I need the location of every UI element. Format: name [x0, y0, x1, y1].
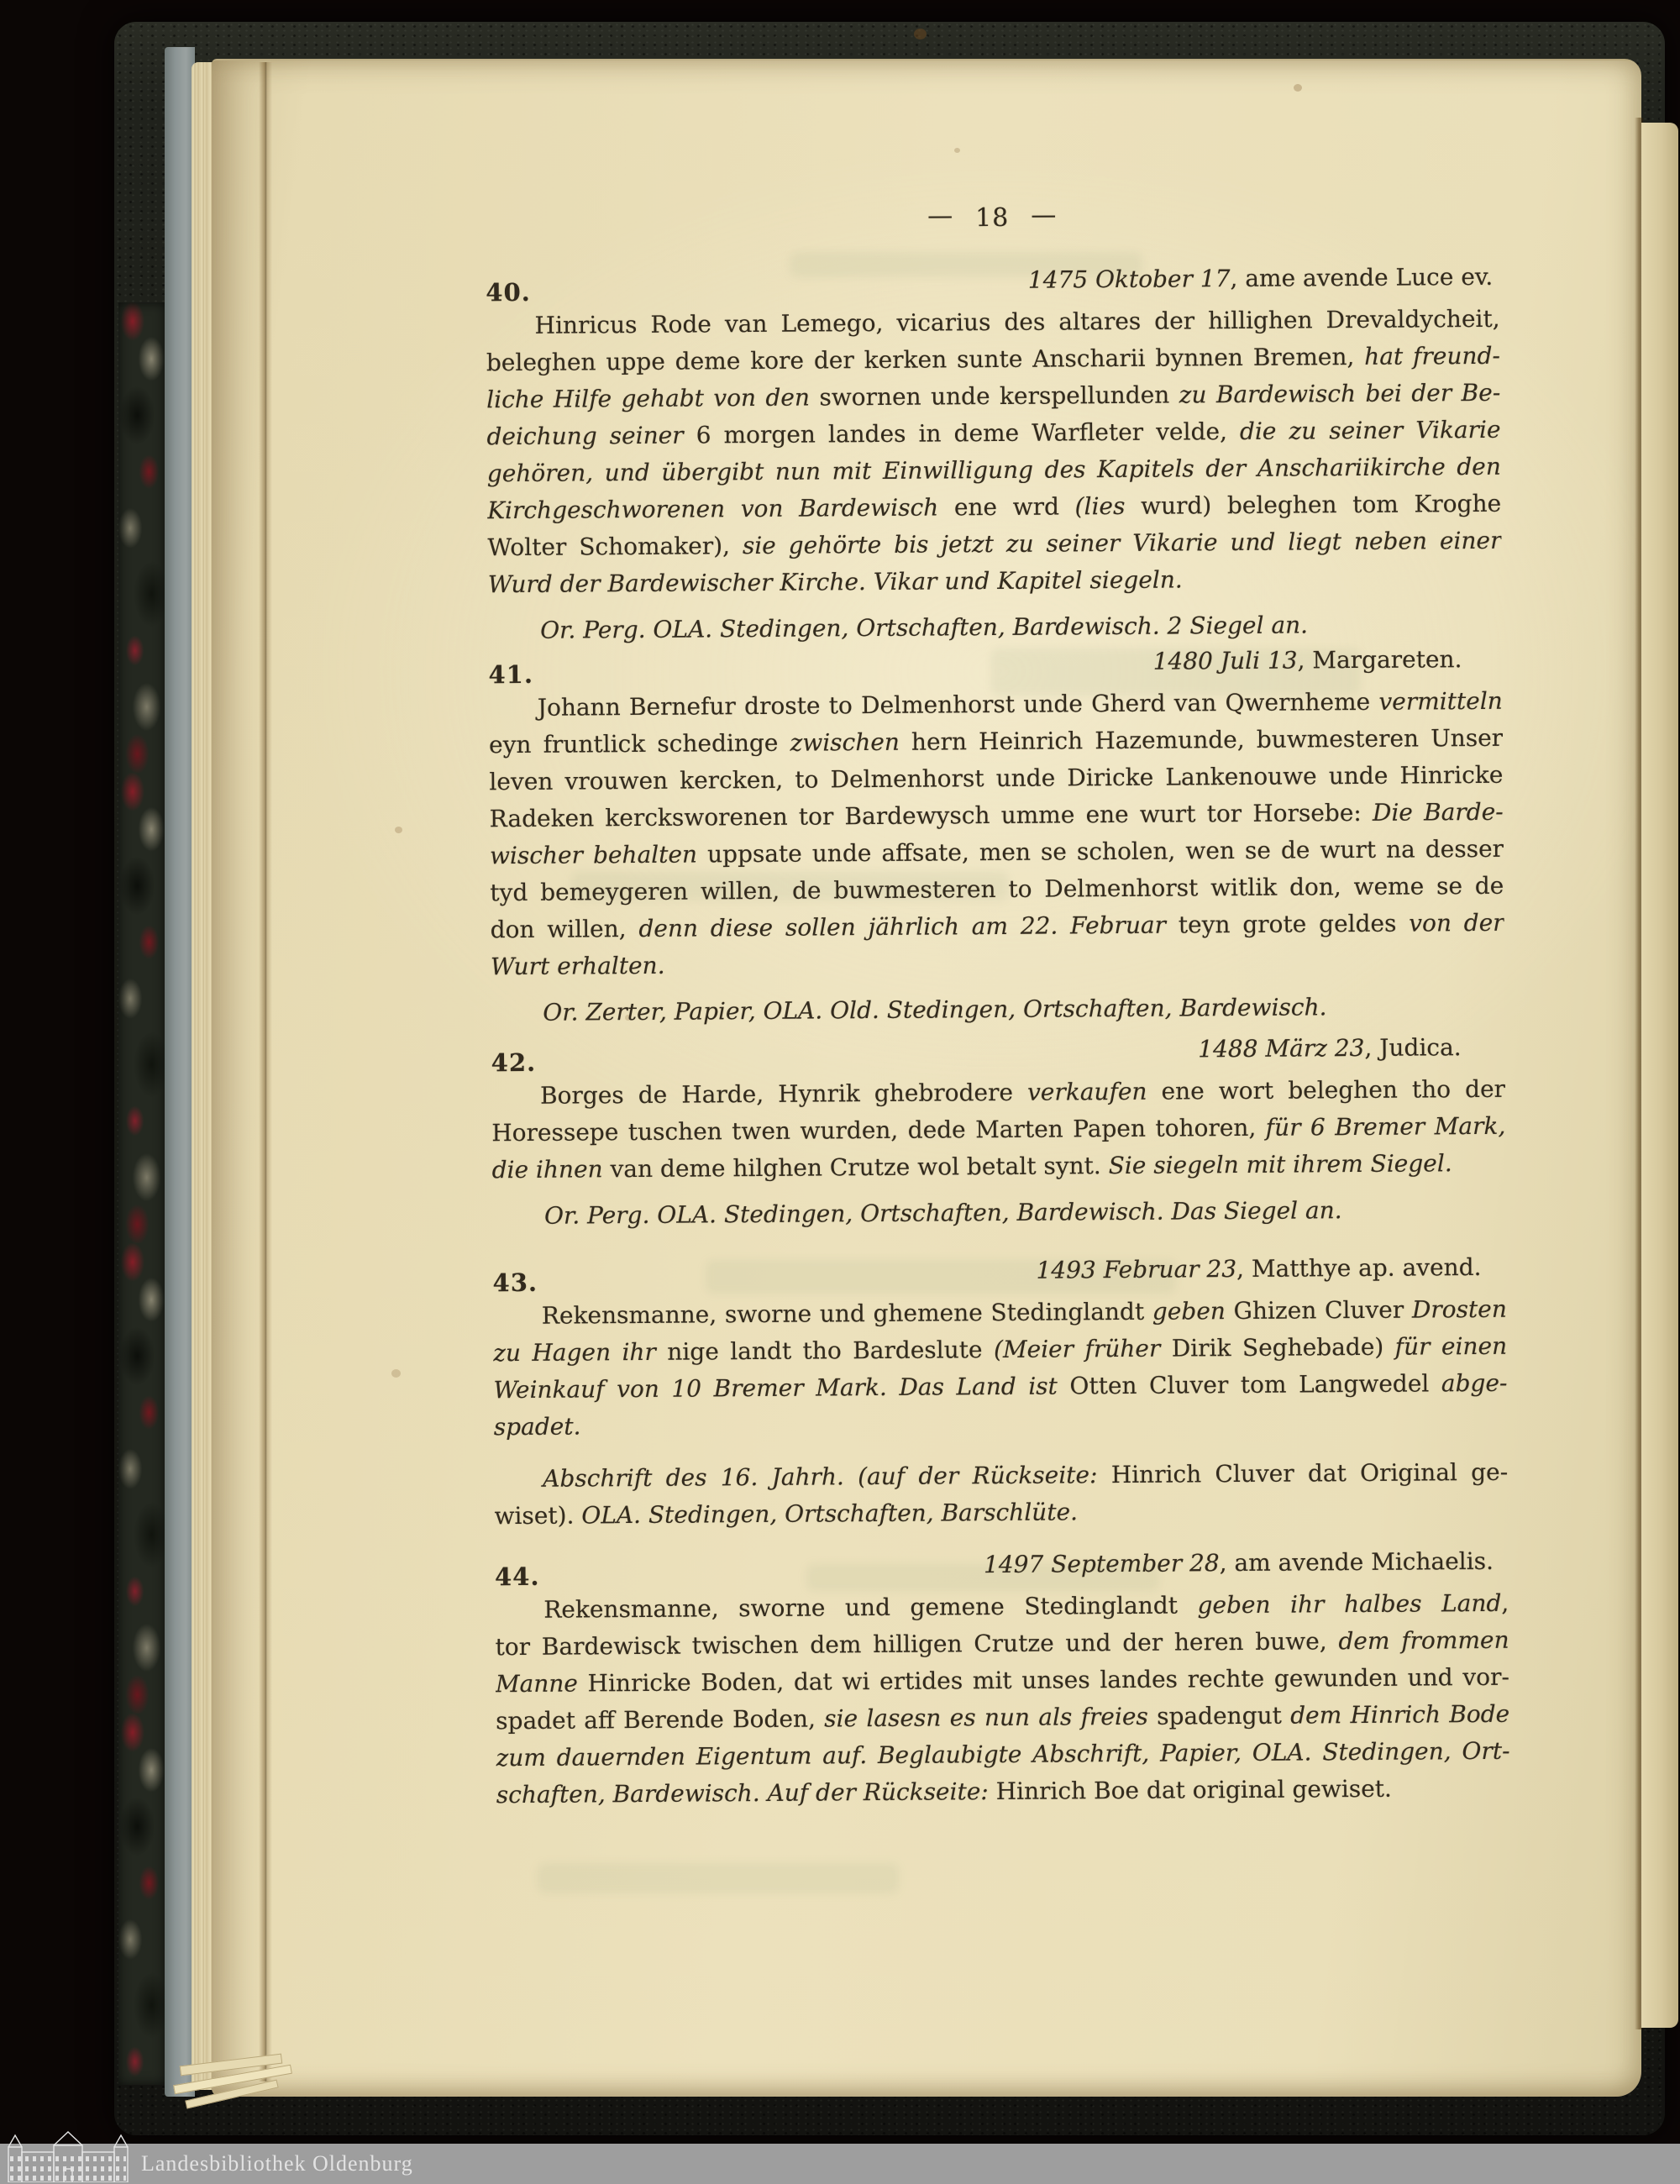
editorial-italic-text: liche Hilfe gehabt von den	[486, 383, 819, 413]
editorial-italic-text: 1497 September 28	[984, 1549, 1220, 1578]
source-roman-text: , Margareten.	[1297, 645, 1462, 674]
text-line: die ihnen van deme hilghen Crutze wol be…	[491, 1145, 1505, 1189]
source-roman-text: , ame avende Luce ev.	[1230, 263, 1493, 292]
text-line: Wolter Schomaker), sie gehörte bis jetzt…	[487, 522, 1501, 566]
entry-date: 1475 Oktober 17, ame avende Luce ev.	[1028, 259, 1494, 299]
entry-number: 43.	[492, 1268, 538, 1297]
editorial-italic-text: die ihnen	[492, 1155, 611, 1184]
regest-entry-40: 40.1475 Oktober 17, ame avende Luce ev.H…	[486, 259, 1502, 649]
paper-stain	[395, 827, 402, 833]
entry-number: 42.	[491, 1048, 537, 1077]
flyleaf-edge	[165, 47, 195, 2097]
source-roman-text: eyn fruntlick schedinge	[489, 729, 790, 759]
source-roman-text: uppsate unde affsate, men se scholen, we…	[707, 835, 1504, 869]
source-roman-text: Horessepe tuschen twen wurden, dede Mart…	[491, 1114, 1266, 1147]
editorial-italic-text: Or. Zerter, Papier, OLA. Old. Stedingen,…	[543, 993, 1326, 1026]
source-roman-text: wurd) beleghen tom Kroghe	[1141, 490, 1501, 520]
source-roman-text: ene wort beleghen tho der	[1161, 1075, 1505, 1105]
marbled-endpaper-edge	[118, 302, 165, 2085]
editorial-italic-text: denn diese sollen jährlich am 22. Februa…	[638, 911, 1179, 942]
editorial-italic-text: abge-	[1441, 1369, 1508, 1398]
library-building-icon	[5, 2129, 131, 2182]
editorial-italic-text: Weinkauf von 10 Bremer Mark. Das Land is…	[493, 1372, 1069, 1404]
source-roman-text: , Matthye ap. avend.	[1236, 1253, 1482, 1283]
source-roman-text: Dirik Seghebade)	[1172, 1333, 1395, 1362]
regest-entry-44: 44.1497 September 28, am avende Michaeli…	[495, 1543, 1510, 1814]
editorial-italic-text: 1480 Juli 13	[1153, 647, 1298, 675]
editorial-italic-text: Abschrift des 16. Jahrh. (auf der Rückse…	[543, 1461, 1111, 1493]
editorial-italic-text: für 6 Bremer Mark,	[1266, 1112, 1506, 1142]
source-roman-text: Hinricus Rode van Lemego, vicarius des a…	[534, 305, 1499, 339]
editorial-italic-text: hat freund-	[1364, 342, 1500, 370]
page-number: 18	[975, 203, 1009, 233]
source-roman-text: Hinrich Cluver dat Original ge-	[1111, 1458, 1509, 1488]
source-roman-text: hern Heinrich Hazemunde, buwmesteren Uns…	[911, 724, 1503, 756]
source-roman-text: nige landt tho Bardeslute	[667, 1336, 994, 1366]
source-roman-text: Otten Cluver tom Langwedel	[1069, 1369, 1441, 1399]
editorial-italic-text: zu Bardewisch bei der Be-	[1179, 379, 1501, 409]
entry-date: 1488 März 23, Judica.	[1198, 1029, 1462, 1068]
page-number-dash-right: —	[1031, 200, 1057, 229]
editorial-italic-text: vermitteln	[1378, 687, 1503, 716]
editorial-italic-text: 1493 Februar 23	[1036, 1255, 1236, 1284]
text-line: spadet.	[494, 1402, 1508, 1446]
editorial-italic-text: wischer behalten	[490, 840, 707, 869]
next-page-edge	[1641, 123, 1678, 2028]
editorial-italic-text: Wurt erhalten.	[491, 952, 665, 980]
editorial-italic-text: OLA. Stedingen, Ortschaften, Barschlüte.	[581, 1498, 1078, 1529]
editorial-italic-text: Or. Perg. OLA. Stedingen, Ortschaften, B…	[540, 611, 1308, 643]
editorial-italic-text: geben ihr halbes Land	[1197, 1589, 1501, 1620]
editorial-italic-text: sie gehörte bis jetzt zu seiner Vikarie …	[743, 527, 1502, 559]
editorial-italic-text: 1475 Oktober 17	[1028, 265, 1231, 294]
editorial-italic-text: zu Hagen ihr	[493, 1338, 667, 1367]
editorial-italic-text: Manne	[496, 1669, 588, 1698]
editorial-italic-text: zum dauernden Eigentum auf. Beglaubigte …	[496, 1737, 1509, 1772]
editorial-italic-text: Kirchgeschworenen von Bardewisch	[487, 493, 954, 524]
editorial-italic-text: dem Hinrich Bode	[1290, 1700, 1509, 1730]
source-roman-text: beleghen uppe deme kore der kerken sunte…	[486, 343, 1365, 376]
source-roman-text: van deme hilghen Crutze wol betalt synt.	[610, 1152, 1108, 1183]
editorial-italic-text: deichung seiner	[486, 421, 696, 450]
text-line: Weinkauf von 10 Bremer Mark. Das Land is…	[493, 1365, 1507, 1409]
entry-date: 1497 September 28, am avende Michaelis.	[984, 1543, 1494, 1583]
regesta-entries: 40.1475 Oktober 17, ame avende Luce ev.H…	[484, 0, 1498, 3]
editorial-italic-text: geben	[1152, 1297, 1234, 1326]
source-roman-text: Rekensmanne, sworne und gemene Stedingla…	[543, 1591, 1197, 1623]
editorial-italic-text: dem frommen	[1338, 1626, 1509, 1655]
source-roman-text: spadengut	[1157, 1702, 1290, 1730]
source-roman-text: tyd bemeygeren willen, de buwmesteren to…	[490, 872, 1504, 906]
editorial-italic-text: Or. Perg. OLA. Stedingen, Ortschaften, B…	[544, 1196, 1342, 1230]
source-roman-text: Johann Bernefur droste to Delmenhorst un…	[538, 688, 1379, 722]
text-line: Wurd der Bardewischer Kirche. Vikar und …	[488, 559, 1502, 603]
editorial-italic-text: (Meier früher	[994, 1335, 1172, 1363]
entry-header: 42.1488 März 23, Judica.	[491, 1029, 1505, 1073]
editorial-italic-text: von der	[1409, 909, 1504, 937]
text-line: schaften, Bardewisch. Auf der Rückseite:…	[496, 1770, 1510, 1814]
archive-source-line: Or. Perg. OLA. Stedingen, Ortschaften, B…	[492, 1191, 1506, 1235]
archive-source-line: Or. Zerter, Papier, OLA. Old. Stedingen,…	[491, 988, 1504, 1032]
source-roman-text: don willen,	[491, 915, 639, 943]
source-roman-text: , am avende Michaelis.	[1220, 1547, 1494, 1577]
editorial-italic-text: zwischen	[790, 728, 911, 757]
source-roman-text: Ghizen Cluver	[1233, 1296, 1412, 1325]
source-roman-text: 6 morgen landes in deme Warfleter velde,	[696, 417, 1241, 449]
library-watermark-label: Landesbibliothek Oldenburg	[141, 2144, 413, 2184]
source-roman-text: tor Bardewisck twischen dem hilligen Cru…	[495, 1627, 1338, 1661]
source-roman-text: leven vrouwen kercken, to Delmenhorst un…	[489, 761, 1503, 795]
editorial-italic-text: Die Barde-	[1373, 798, 1504, 827]
regest-entry-43: 43.1493 Februar 23, Matthye ap. avend.Re…	[492, 1249, 1508, 1535]
text-line: don willen, denn diese sollen jährlich a…	[490, 905, 1504, 948]
entry-date: 1493 Februar 23, Matthye ap. avend.	[1036, 1249, 1481, 1289]
source-roman-text: Wolter Schomaker),	[487, 532, 743, 561]
editorial-italic-text: verkaufen	[1027, 1078, 1162, 1106]
editorial-italic-text: Sie siegeln mit ihrem Siegel.	[1109, 1149, 1452, 1179]
gutter-crease	[259, 62, 272, 2082]
source-roman-text: Borges de Harde, Hynrik ghebrodere	[540, 1079, 1027, 1110]
source-roman-text: Radeken kercksworenen tor Bardewysch umm…	[490, 799, 1373, 832]
text-line: Wurt erhalten.	[491, 942, 1504, 985]
entry-header: 41.1480 Juli 13, Margareten.	[488, 641, 1502, 685]
page-number-line: —18—	[486, 197, 1499, 240]
source-roman-text: wiset).	[494, 1501, 581, 1530]
editorial-italic-text: die zu seiner Vikarie	[1240, 416, 1501, 445]
editorial-italic-text: Wurd der Bardewischer Kirche. Vikar und …	[488, 565, 1183, 598]
source-roman-text: teyn grote geldes	[1179, 910, 1410, 939]
source-roman-text: swornen unde kerspellunden	[819, 381, 1179, 411]
source-roman-text: ene wrd	[954, 492, 1075, 521]
entry-date: 1480 Juli 13, Margareten.	[1153, 641, 1462, 680]
source-roman-text: Hinricke Boden, dat wi ertides mit unses…	[588, 1663, 1509, 1698]
entry-header: 43.1493 Februar 23, Matthye ap. avend.	[492, 1249, 1506, 1293]
editorial-italic-text: Drosten	[1412, 1295, 1507, 1324]
entry-number: 40.	[486, 278, 531, 307]
editorial-italic-text: (lies	[1075, 492, 1142, 521]
editorial-italic-text: 1488 März 23	[1198, 1034, 1364, 1063]
page-content: —18— 40.1475 Oktober 17, ame avende Luce…	[484, 0, 1513, 2184]
editorial-italic-text: gehören, und übergibt nun mit Einwilligu…	[487, 453, 1501, 487]
source-roman-text: spadet aff Berende Boden,	[496, 1704, 824, 1735]
source-roman-text: Rekensmanne, sworne und ghemene Stedingl…	[542, 1298, 1152, 1330]
entry-header: 40.1475 Oktober 17, ame avende Luce ev.	[486, 259, 1499, 302]
editorial-italic-text: schaften, Bardewisch. Auf der Rückseite:	[496, 1777, 996, 1809]
scanned-book-page: —18— 40.1475 Oktober 17, ame avende Luce…	[0, 0, 1680, 2184]
editorial-italic-text: spadet.	[494, 1412, 581, 1441]
page-number-dash-left: —	[927, 201, 953, 230]
entry-header: 44.1497 September 28, am avende Michaeli…	[495, 1543, 1509, 1587]
text-line: wiset). OLA. Stedingen, Ortschaften, Bar…	[494, 1491, 1508, 1535]
entry-number: 44.	[495, 1562, 540, 1591]
source-roman-text: Hinrich Boe dat original gewiset.	[996, 1775, 1392, 1805]
source-roman-text: , Judica.	[1364, 1033, 1461, 1062]
regest-entry-41: 41.1480 Juli 13, Margareten.Johann Berne…	[488, 641, 1504, 1032]
editorial-italic-text: für einen	[1395, 1332, 1508, 1361]
entry-number: 41.	[488, 660, 533, 689]
editorial-italic-text: sie lasesn es nun als freies	[824, 1703, 1157, 1733]
text-line: Abschrift des 16. Jahrh. (auf der Rückse…	[494, 1454, 1508, 1498]
regest-entry-42: 42.1488 März 23, Judica.Borges de Harde,…	[491, 1029, 1507, 1235]
paper-stain	[391, 1369, 401, 1378]
